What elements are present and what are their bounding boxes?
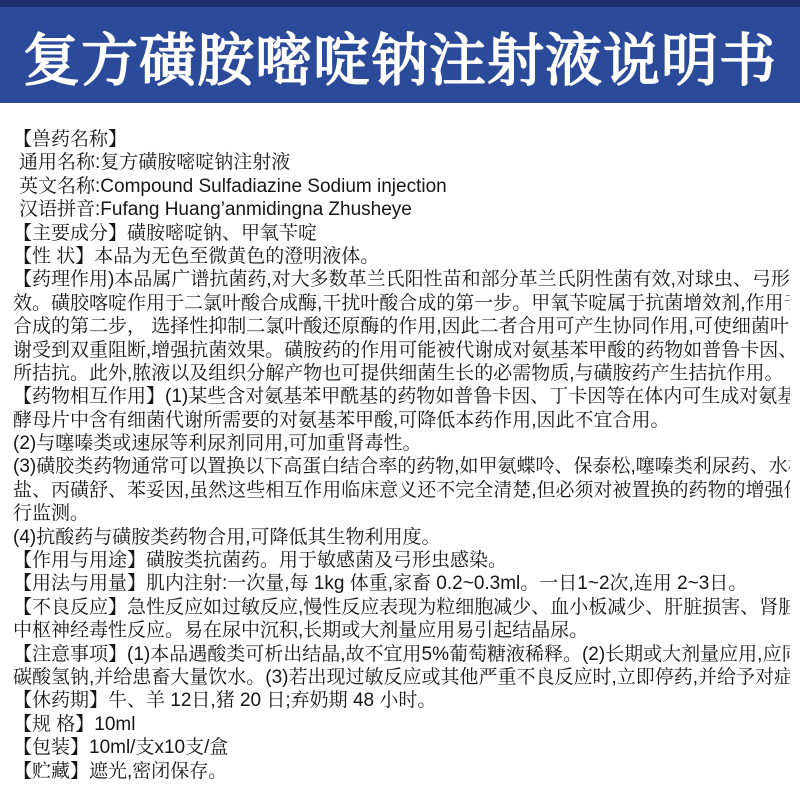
line-adverse-reactions-1: 【不良反应】急性反应如过敏反应,慢性反应表现为粒细胞减少、血小板减少、肝脏损害、… [13, 596, 790, 619]
line-pharmacology-5: 所拮抗。此外,脓液以及组织分解产物也可提供细菌生长的必需物质,与磺胺药产生拮抗作… [13, 362, 790, 385]
line-description: 【性 状】本品为无色至微黄色的澄明液体。 [13, 245, 790, 268]
title-banner: 复方磺胺嘧啶钠注射液说明书 [0, 0, 800, 103]
line-precautions-2: 碳酸氢钠,并给患畜大量饮水。(3)若出现过敏反应或其他严重不良反应时,立即停药,… [13, 666, 790, 689]
line-drug-interactions-7: (4)抗酸药与磺胺类药物合用,可降低其生物利用度。 [13, 526, 790, 549]
line-pharmacology-4: 谢受到双重阻断,增强抗菌效果。磺胺药的作用可能被代谢成对氨基苯甲酸的药物如普鲁卡… [13, 339, 790, 362]
line-drug-interactions-3: (2)与噻嗪类或速尿等利尿剂同用,可加重肾毒性。 [13, 432, 790, 455]
line-packaging: 【包装】10ml/支x10支/盒 [13, 736, 790, 759]
line-drug-interactions-5: 盐、丙磺舒、苯妥因,虽然这些相互作用临床意义还不完全清楚,但必须对被置换的药物的… [13, 479, 790, 502]
line-drug-interactions-1: 【药物相互作用】(1)某些含对氨基苯甲酰基的药物如普鲁卡因、丁卡因等在体内可生成… [13, 385, 790, 408]
line-specification: 【规 格】10ml [13, 713, 790, 736]
line-english-name: 英文名称:Compound Sulfadiazine Sodium inject… [13, 175, 790, 198]
leaflet-page: 复方磺胺嘧啶钠注射液说明书 【兽药名称】 通用名称:复方磺胺嘧啶钠注射液 英文名… [0, 0, 800, 800]
line-generic-name: 通用名称:复方磺胺嘧啶钠注射液 [13, 151, 790, 174]
line-pharmacology-2: 效。磺胶喀啶作用于二氯叶酸合成酶,干扰叶酸合成的第一步。甲氧苄啶属于抗菌增效剂,… [13, 292, 790, 315]
line-main-ingredients: 【主要成分】磺胺嘧啶钠、甲氧苄啶 [13, 222, 790, 245]
line-drug-interactions-6: 行监测。 [13, 502, 790, 525]
line-adverse-reactions-2: 中枢神经毒性反应。易在尿中沉积,长期或大剂量应用易引起结晶尿。 [13, 619, 790, 642]
line-precautions-1: 【注意事项】(1)本品遇酸类可析出结晶,故不宜用5%葡萄糖液稀释。(2)长期或大… [13, 643, 790, 666]
line-drug-interactions-2: 酵母片中含有细菌代谢所需要的对氨基苯甲酸,可降低本药作用,因此不宜合用。 [13, 409, 790, 432]
page-title: 复方磺胺嘧啶钠注射液说明书 [23, 7, 777, 97]
leaflet-body: 【兽药名称】 通用名称:复方磺胺嘧啶钠注射液 英文名称:Compound Sul… [0, 103, 800, 783]
line-pinyin-name: 汉语拼音:Fufang Huang’anmidingna Zhusheye [13, 198, 790, 221]
line-indications: 【作用与用途】磺胺类抗菌药。用于敏感菌及弓形虫感染。 [13, 549, 790, 572]
line-dosage-administration: 【用法与用量】肌内注射:一次量,每 1kg 体重,家畜 0.2~0.3ml。一日… [13, 572, 790, 595]
line-veterinary-drug-name-heading: 【兽药名称】 [13, 128, 790, 151]
line-drug-interactions-4: (3)磺胶类药物通常可以置换以下高蛋白结合率的药物,如甲氨蝶呤、保泰松,噻嗪类利… [13, 455, 790, 478]
line-pharmacology-1: 【药理作用)本品属广谱抗菌药,对大多数革兰氏阳性苗和部分革兰氏阴性菌有效,对球虫… [13, 268, 790, 291]
line-pharmacology-3: 合成的第二步， 选择性抑制二氯叶酸还原酶的作用,因此二者合用可产生协同作用,可使… [13, 315, 790, 338]
line-withdrawal-period: 【休药期】牛、羊 12日,猪 20 日;弃奶期 48 小时。 [13, 689, 790, 712]
line-storage: 【贮藏】遮光,密闭保存。 [13, 760, 790, 783]
